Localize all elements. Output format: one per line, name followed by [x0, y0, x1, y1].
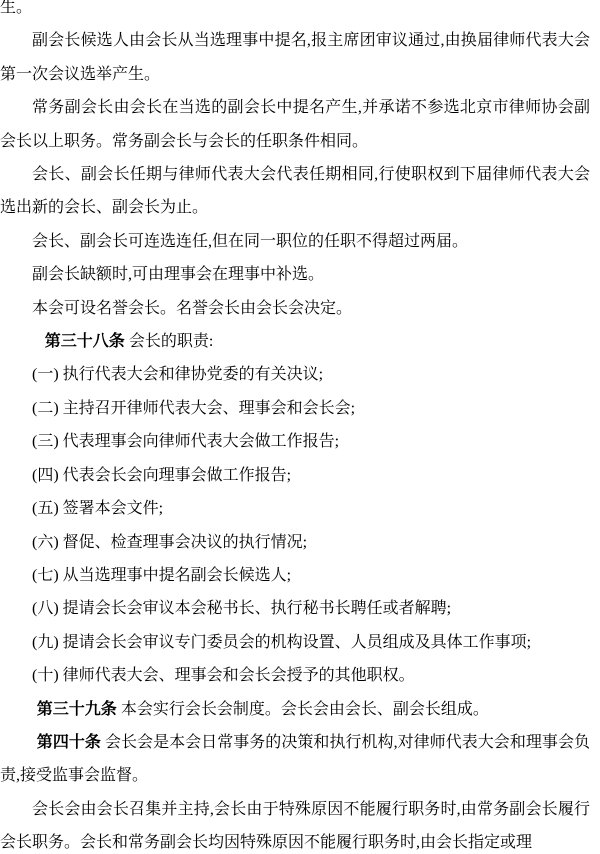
paragraph-text: 会长、副会长可连选连任,但在同一职位的任职不得超过两届。 — [32, 233, 468, 250]
article-number: 第三十八条 — [45, 333, 125, 350]
paragraph-text: 会长会由会长召集并主持,会长由于特殊原因不能履行职务时,由常务副会长履行会长职务… — [0, 801, 590, 851]
article-number: 第四十条 — [37, 734, 101, 751]
paragraph: 会长会由会长召集并主持,会长由于特殊原因不能履行职务时,由常务副会长履行会长职务… — [0, 793, 590, 854]
list-item-10: (十) 律师代表大会、理事会和会长会授予的其他职权。 — [0, 659, 590, 692]
list-item-text: (三) 代表理事会向律师代表大会做工作报告; — [32, 433, 339, 450]
paragraph: 副会长候选人由会长从当选理事中提名,报主席团审议通过,由换届律师代表大会第一次会… — [0, 24, 590, 91]
list-item-8: (八) 提请会长会审议本会秘书长、执行秘书长聘任或者解聘; — [0, 592, 590, 625]
list-item-2: (二) 主持召开律师代表大会、理事会和会长会; — [0, 392, 590, 425]
list-item-9: (九) 提请会长会审议专门委员会的机构设置、人员组成及具体工作事项; — [0, 626, 590, 659]
article-heading-40: 第四十条 会长会是本会日常事务的决策和执行机构,对律师代表大会和理事会负责,接受… — [0, 726, 590, 793]
list-item-text: (六) 督促、检查理事会决议的执行情况; — [32, 534, 307, 551]
article-text: 会长的职责: — [125, 333, 213, 350]
paragraph: 副会长缺额时,可由理事会在理事中补选。 — [0, 258, 590, 291]
list-item-text: (九) 提请会长会审议专门委员会的机构设置、人员组成及具体工作事项; — [32, 634, 531, 651]
paragraph-text: 本会可设名誉会长。名誉会长由会长会决定。 — [32, 300, 352, 317]
article-number: 第三十九条 — [37, 701, 117, 718]
paragraph: 常务副会长由会长在当选的副会长中提名产生,并承诺不参选北京市律师协会副会长以上职… — [0, 91, 590, 158]
list-item-text: (八) 提请会长会审议本会秘书长、执行秘书长聘任或者解聘; — [32, 600, 451, 617]
paragraph: 会长、副会长任期与律师代表大会代表任期相同,行使职权到下届律师代表大会选出新的会… — [0, 158, 590, 225]
paragraph-text: 常务副会长由会长在当选的副会长中提名产生,并承诺不参选北京市律师协会副会长以上职… — [0, 99, 590, 149]
article-heading-38: 第三十八条 会长的职责: — [0, 325, 590, 358]
document-page: 生。 副会长候选人由会长从当选理事中提名,报主席团审议通过,由换届律师代表大会第… — [0, 0, 600, 854]
list-item-7: (七) 从当选理事中提名副会长候选人; — [0, 559, 590, 592]
paragraph-text: 副会长候选人由会长从当选理事中提名,报主席团审议通过,由换届律师代表大会第一次会… — [0, 32, 590, 82]
list-item-1: (一) 执行代表大会和律协党委的有关决议; — [0, 358, 590, 391]
paragraph-text: 副会长缺额时,可由理事会在理事中补选。 — [32, 266, 324, 283]
list-item-text: (五) 签署本会文件; — [32, 500, 163, 517]
list-item-4: (四) 代表会长会向理事会做工作报告; — [0, 459, 590, 492]
list-item-text: (十) 律师代表大会、理事会和会长会授予的其他职权。 — [32, 667, 415, 684]
paragraph-text: 生。 — [0, 0, 32, 16]
list-item-3: (三) 代表理事会向律师代表大会做工作报告; — [0, 425, 590, 458]
list-item-text: (七) 从当选理事中提名副会长候选人; — [32, 567, 291, 584]
list-item-text: (二) 主持召开律师代表大会、理事会和会长会; — [32, 400, 355, 417]
list-item-5: (五) 签署本会文件; — [0, 492, 590, 525]
paragraph: 本会可设名誉会长。名誉会长由会长会决定。 — [0, 292, 590, 325]
paragraph-continuation: 生。 — [0, 0, 590, 24]
list-item-6: (六) 督促、检查理事会决议的执行情况; — [0, 526, 590, 559]
article-heading-39: 第三十九条 本会实行会长会制度。会长会由会长、副会长组成。 — [0, 693, 590, 726]
article-text: 本会实行会长会制度。会长会由会长、副会长组成。 — [117, 701, 489, 718]
list-item-text: (四) 代表会长会向理事会做工作报告; — [32, 467, 291, 484]
paragraph-text: 会长、副会长任期与律师代表大会代表任期相同,行使职权到下届律师代表大会选出新的会… — [0, 166, 590, 216]
paragraph: 会长、副会长可连选连任,但在同一职位的任职不得超过两届。 — [0, 225, 590, 258]
list-item-text: (一) 执行代表大会和律协党委的有关决议; — [32, 366, 323, 383]
